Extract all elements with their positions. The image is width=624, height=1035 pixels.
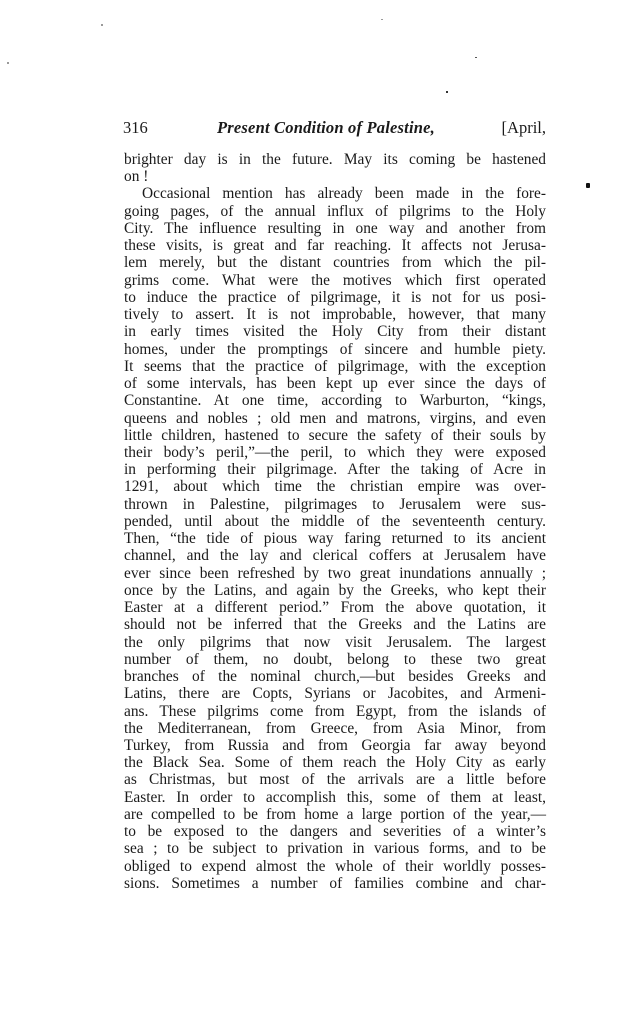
text-line: sea ; to be subject to privation in vari… bbox=[124, 840, 546, 857]
text-line: in early times visited the Holy City fro… bbox=[124, 323, 546, 340]
text-line: pended, until about the middle of the se… bbox=[124, 513, 546, 530]
text-line: channel, and the lay and clerical coffer… bbox=[124, 547, 546, 564]
text-line: to be exposed to the dangers and severit… bbox=[124, 823, 546, 840]
text-line: on ! bbox=[124, 168, 546, 185]
text-line: of some intervals, has been kept up ever… bbox=[124, 375, 546, 392]
scan-speck bbox=[475, 57, 477, 58]
scanned-book-page: 316 Present Condition of Palestine, [Apr… bbox=[0, 0, 624, 1035]
text-line: ever since been refreshed by two great i… bbox=[124, 565, 546, 582]
text-line: brighter day is in the future. May its c… bbox=[124, 151, 546, 168]
scan-speck bbox=[446, 91, 448, 93]
text-line: Latins, there are Copts, Syrians or Jaco… bbox=[124, 685, 546, 702]
text-line: City. The influence resulting in one way… bbox=[124, 220, 546, 237]
text-line: to induce the practice of pilgrimage, it… bbox=[124, 289, 546, 306]
text-line: going pages, of the annual influx of pil… bbox=[124, 203, 546, 220]
text-line: once by the Latins, and again by the Gre… bbox=[124, 582, 546, 599]
text-line: number of them, no doubt, belong to thes… bbox=[124, 651, 546, 668]
text-line: lem merely, but the distant countries fr… bbox=[124, 254, 546, 271]
text-line: branches of the nominal church,—but besi… bbox=[124, 668, 546, 685]
text-line: little children, hastened to secure the … bbox=[124, 427, 546, 444]
text-line: It seems that the practice of pilgrimage… bbox=[124, 358, 546, 375]
text-line: homes, under the promptings of sincere a… bbox=[124, 341, 546, 358]
text-line: the Mediterranean, from Greece, from Asi… bbox=[124, 720, 546, 737]
text-line: tively to assert. It is not improbable, … bbox=[124, 306, 546, 323]
text-line: Constantine. At one time, according to W… bbox=[124, 392, 546, 409]
scan-speck bbox=[101, 24, 103, 26]
text-line: in performing their pilgrimage. After th… bbox=[124, 461, 546, 478]
text-line: Occasional mention has already been made… bbox=[124, 185, 546, 202]
text-line: Then, “the tide of pious way faring retu… bbox=[124, 530, 546, 547]
page-number: 316 bbox=[123, 117, 148, 139]
ink-blot bbox=[586, 183, 590, 188]
running-date: [April, bbox=[502, 117, 546, 139]
text-line: these visits, is great and far reaching.… bbox=[124, 237, 546, 254]
text-line: sions. Sometimes a number of families co… bbox=[124, 875, 546, 892]
text-line: obliged to expend almost the whole of th… bbox=[124, 858, 546, 875]
text-line: Easter at a different period.” From the … bbox=[124, 599, 546, 616]
text-line: 1291, about which time the christian emp… bbox=[124, 478, 546, 495]
text-line: are compelled to be from home a large po… bbox=[124, 806, 546, 823]
text-line: Turkey, from Russia and from Georgia far… bbox=[124, 737, 546, 754]
text-line: as Christmas, but most of the arrivals a… bbox=[124, 771, 546, 788]
text-line: the only pilgrims that now visit Jerusal… bbox=[124, 634, 546, 651]
text-line: ans. These pilgrims come from Egypt, fro… bbox=[124, 703, 546, 720]
text-line: Easter. In order to accomplish this, som… bbox=[124, 789, 546, 806]
body-text: brighter day is in the future. May its c… bbox=[124, 151, 546, 892]
text-line: thrown in Palestine, pilgrimages to Jeru… bbox=[124, 496, 546, 513]
text-line: queens and nobles ; old men and matrons,… bbox=[124, 410, 546, 427]
text-line: the Black Sea. Some of them reach the Ho… bbox=[124, 754, 546, 771]
running-head: 316 Present Condition of Palestine, [Apr… bbox=[123, 117, 546, 139]
running-title: Present Condition of Palestine, bbox=[217, 117, 435, 139]
text-line: should not be inferred that the Greeks a… bbox=[124, 616, 546, 633]
text-line: their body’s peril,”—the peril, to which… bbox=[124, 444, 546, 461]
scan-speck bbox=[381, 19, 383, 20]
scan-speck bbox=[7, 62, 9, 64]
text-line: grims come. What were the motives which … bbox=[124, 272, 546, 289]
